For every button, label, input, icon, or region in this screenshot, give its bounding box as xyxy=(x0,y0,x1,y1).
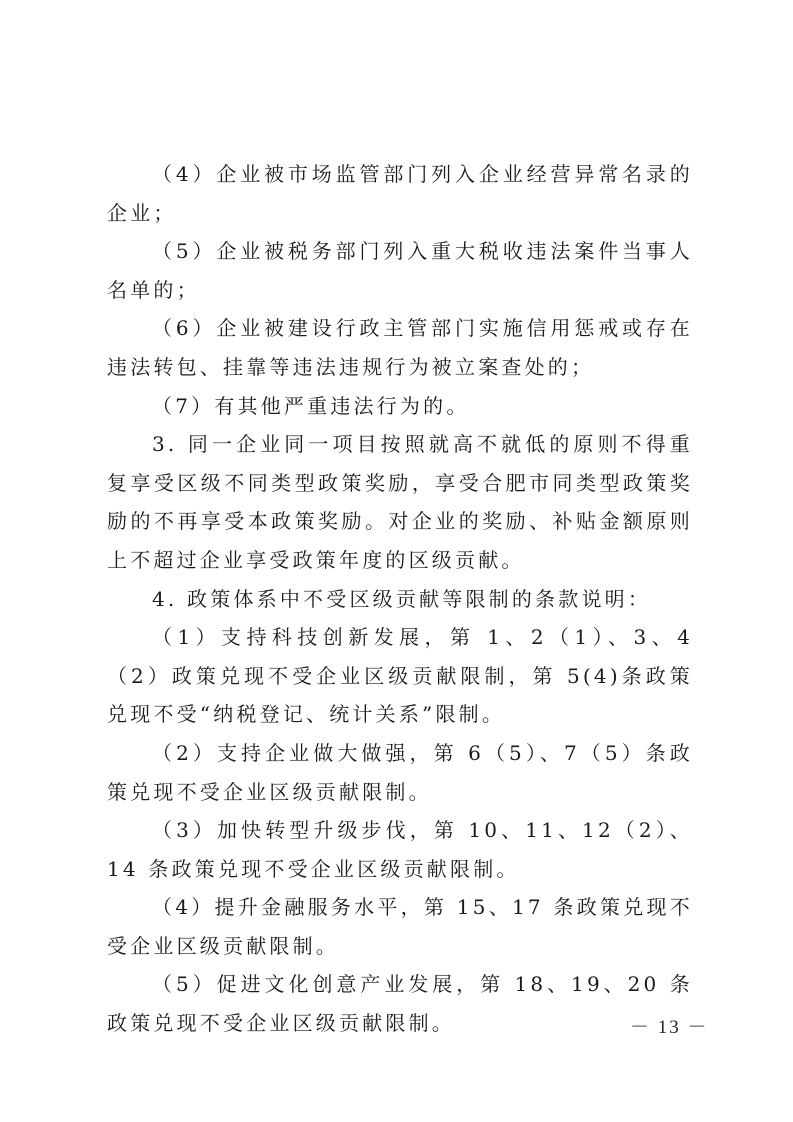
paragraph-item-6-construction-penalty: （6）企业被建设行政主管部门实施信用惩戒或存在违法转包、挂靠等违法违规行为被立案… xyxy=(107,309,693,386)
page-number: － 13 － xyxy=(630,1012,709,1039)
paragraph-clause-4-heading: 4. 政策体系中不受区级贡献等限制的条款说明： xyxy=(107,580,693,619)
paragraph-item-7-other-violations: （7）有其他严重违法行为的。 xyxy=(107,387,693,426)
paragraph-sub-3-transformation: （3）加快转型升级步伐，第 10、11、12（2）、14 条政策兑现不受企业区级… xyxy=(107,811,693,888)
paragraph-sub-2-enterprise-growth: （2）支持企业做大做强，第 6（5）、7（5）条政策兑现不受企业区级贡献限制。 xyxy=(107,734,693,811)
paragraph-sub-5-cultural-industry: （5）促进文化创意产业发展，第 18、19、20 条政策兑现不受企业区级贡献限制… xyxy=(107,965,693,1042)
paragraph-item-5-tax-violation: （5）企业被税务部门列入重大税收违法案件当事人名单的； xyxy=(107,232,693,309)
paragraph-sub-1-tech-innovation: （1）支持科技创新发展，第 1、2（1）、3、4（2）政策兑现不受企业区级贡献限… xyxy=(107,618,693,734)
document-body: （4）企业被市场监管部门列入企业经营异常名录的企业； （5）企业被税务部门列入重… xyxy=(107,155,693,1043)
paragraph-sub-4-financial-services: （4）提升金融服务水平，第 15、17 条政策兑现不受企业区级贡献限制。 xyxy=(107,888,693,965)
paragraph-clause-3-no-duplicate-rewards: 3. 同一企业同一项目按照就高不就低的原则不得重复享受区级不同类型政策奖励，享受… xyxy=(107,425,693,579)
paragraph-item-4-abnormal-list: （4）企业被市场监管部门列入企业经营异常名录的企业； xyxy=(107,155,693,232)
